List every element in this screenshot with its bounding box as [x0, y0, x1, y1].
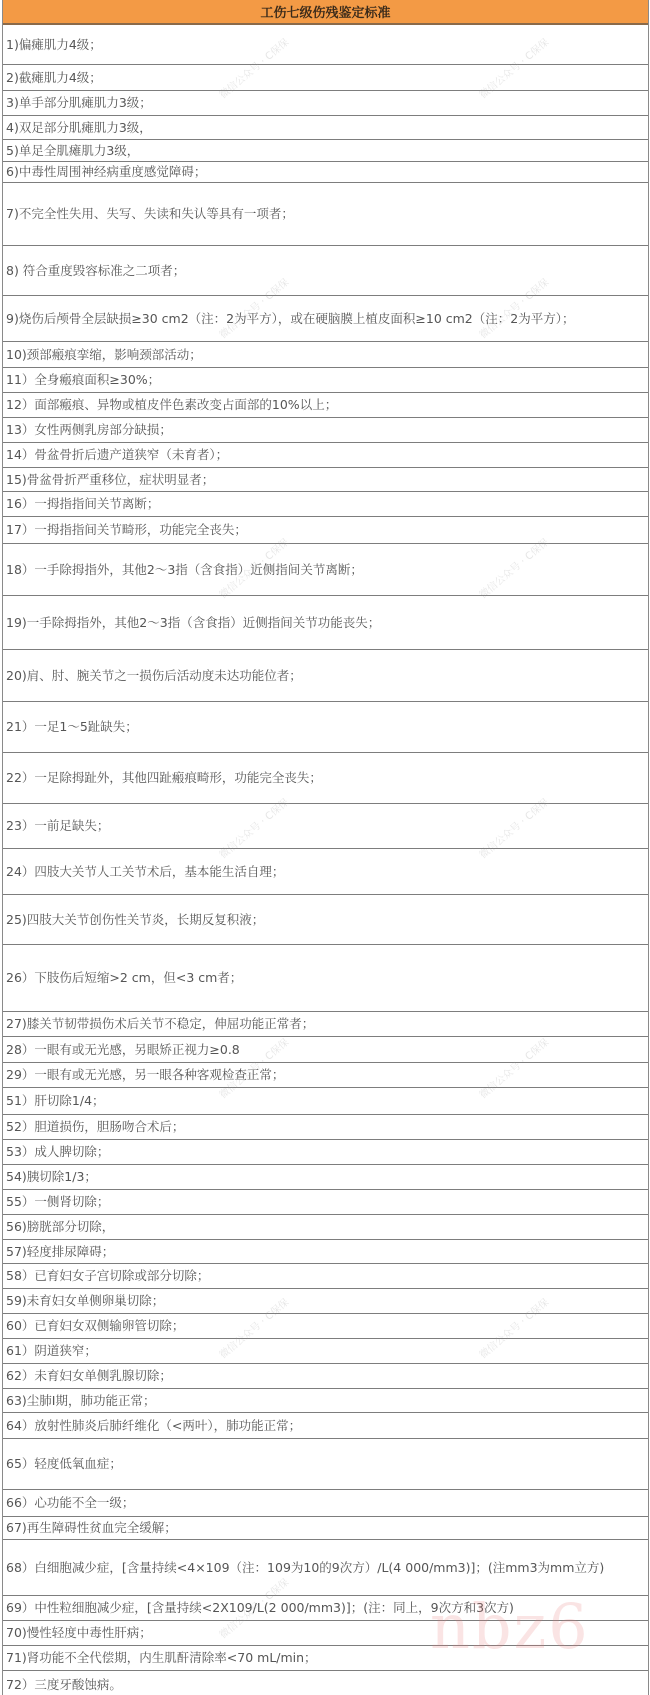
row-text: 9)烧伤后颅骨全层缺损≥30 cm2（注：2为平方），或在硬脑膜上植皮面积≥10… — [6, 309, 574, 329]
table-row: 28）一眼有或无光感，另眼矫正视力≥0.8 — [3, 1037, 648, 1063]
row-text: 11）全身瘢痕面积≥30%； — [6, 370, 160, 390]
table-row: 9)烧伤后颅骨全层缺损≥30 cm2（注：2为平方），或在硬脑膜上植皮面积≥10… — [3, 296, 648, 342]
table-row: 51）肝切除1/4； — [3, 1088, 648, 1115]
row-text: 12）面部瘢痕、异物或植皮伴色素改变占面部的10%以上； — [6, 395, 337, 415]
table-row: 15)骨盆骨折严重移位，症状明显者； — [3, 468, 648, 492]
row-text: 10)颈部瘢痕挛缩，影响颈部活动； — [6, 345, 202, 365]
table-row: 27)膝关节韧带损伤术后关节不稳定，伸屈功能正常者； — [3, 1012, 648, 1037]
table-row: 52）胆道损伤，胆肠吻合术后； — [3, 1115, 648, 1140]
row-text: 18）一手除拇指外，其他2～3指（含食指）近侧指间关节离断； — [6, 560, 363, 580]
row-text: 51）肝切除1/4； — [6, 1091, 105, 1111]
row-text: 59)未育妇女单侧卵巢切除； — [6, 1291, 164, 1311]
table-row: 53）成人脾切除； — [3, 1140, 648, 1165]
row-text: 53）成人脾切除； — [6, 1142, 109, 1162]
row-text: 17）一拇指指间关节畸形，功能完全丧失； — [6, 520, 247, 540]
table-row: 62）未育妇女单侧乳腺切除； — [3, 1364, 648, 1389]
row-text: 7)不完全性失用、失写、失读和失认等具有一项者； — [6, 204, 294, 224]
disability-standard-table: 工伤七级伤残鉴定标准 1)偏瘫肌力4级；2)截瘫肌力4级；3)单手部分肌瘫肌力3… — [2, 0, 649, 1695]
table-row: 54)胰切除1/3； — [3, 1165, 648, 1190]
table-row: 19)一手除拇指外，其他2～3指（含食指）近侧指间关节功能丧失； — [3, 596, 648, 650]
row-text: 65）轻度低氧血症； — [6, 1454, 122, 1474]
table-row: 58）已育妇女子宫切除或部分切除； — [3, 1264, 648, 1289]
table-row: 25)四肢大关节创伤性关节炎，长期反复积液； — [3, 895, 648, 945]
row-text: 13）女性两侧乳房部分缺损； — [6, 420, 172, 440]
table-row: 63)尘肺Ⅰ期，肺功能正常； — [3, 1389, 648, 1413]
table-row: 4)双足部分肌瘫肌力3级， — [3, 116, 648, 140]
row-text: 2)截瘫肌力4级； — [6, 68, 102, 88]
table-row: 8) 符合重度毁容标准之二项者； — [3, 246, 648, 296]
table-row: 67)再生障碍性贫血完全缓解； — [3, 1517, 648, 1540]
table-row: 2)截瘫肌力4级； — [3, 65, 648, 91]
row-text: 61）阴道狭窄； — [6, 1341, 97, 1361]
row-text: 20)肩、肘、腕关节之一损伤后活动度未达功能位者； — [6, 666, 302, 686]
table-row: 69）中性粒细胞减少症，[含量持续<2X109/L(2 000/mm3)]；(注… — [3, 1596, 648, 1621]
table-row: 61）阴道狭窄； — [3, 1339, 648, 1364]
row-text: 52）胆道损伤，胆肠吻合术后； — [6, 1117, 184, 1137]
row-text: 23）一前足缺失； — [6, 816, 109, 836]
table-row: 66）心功能不全一级； — [3, 1490, 648, 1517]
row-text: 54)胰切除1/3； — [6, 1167, 97, 1187]
row-text: 8) 符合重度毁容标准之二项者； — [6, 261, 185, 281]
table-row: 29）一眼有或无光感，另一眼各种客观检查正常； — [3, 1063, 648, 1088]
row-text: 16）一拇指指间关节离断； — [6, 494, 159, 514]
row-text: 71)肾功能不全代偿期，内生肌酐清除率<70 mL/min； — [6, 1648, 317, 1668]
row-text: 14）骨盆骨折后遗产道狭窄（未育者）； — [6, 445, 228, 465]
row-text: 67)再生障碍性贫血完全缓解； — [6, 1518, 177, 1538]
table-row: 5)单足全肌瘫肌力3级， — [3, 140, 648, 162]
table-row: 55）一侧肾切除； — [3, 1190, 648, 1215]
table-row: 56)膀胱部分切除， — [3, 1215, 648, 1240]
table-row: 14）骨盆骨折后遗产道狭窄（未育者）； — [3, 443, 648, 468]
row-text: 3)单手部分肌瘫肌力3级； — [6, 93, 152, 113]
row-text: 26）下肢伤后短缩>2 cm，但<3 cm者； — [6, 968, 242, 988]
row-text: 5)单足全肌瘫肌力3级， — [6, 141, 139, 161]
table-row: 7)不完全性失用、失写、失读和失认等具有一项者； — [3, 183, 648, 246]
table-row: 64）放射性肺炎后肺纤维化（<两叶），肺功能正常； — [3, 1413, 648, 1439]
row-text: 21）一足1～5趾缺失； — [6, 717, 138, 737]
table-row: 71)肾功能不全代偿期，内生肌酐清除率<70 mL/min； — [3, 1646, 648, 1671]
row-text: 15)骨盆骨折严重移位，症状明显者； — [6, 470, 214, 490]
table-title: 工伤七级伤残鉴定标准 — [260, 2, 390, 21]
table-row: 70)慢性轻度中毒性肝病； — [3, 1621, 648, 1646]
table-row: 1)偏瘫肌力4级； — [3, 25, 648, 65]
row-text: 25)四肢大关节创伤性关节炎，长期反复积液； — [6, 910, 264, 930]
row-text: 28）一眼有或无光感，另眼矫正视力≥0.8 — [6, 1040, 240, 1060]
row-text: 24）四肢大关节人工关节术后，基本能生活自理； — [6, 862, 284, 882]
row-text: 62）未育妇女单侧乳腺切除； — [6, 1366, 172, 1386]
table-row: 24）四肢大关节人工关节术后，基本能生活自理； — [3, 849, 648, 895]
row-text: 69）中性粒细胞减少症，[含量持续<2X109/L(2 000/mm3)]；(注… — [6, 1598, 514, 1618]
table-row: 18）一手除拇指外，其他2～3指（含食指）近侧指间关节离断； — [3, 544, 648, 596]
table-row: 57)轻度排尿障碍； — [3, 1240, 648, 1264]
table-row: 6)中毒性周围神经病重度感觉障碍； — [3, 162, 648, 183]
row-text: 63)尘肺Ⅰ期，肺功能正常； — [6, 1391, 155, 1411]
row-text: 56)膀胱部分切除， — [6, 1217, 114, 1237]
row-text: 68）白细胞减少症，[含量持续<4×109（注：109为10的9次方）/L(4 … — [6, 1558, 604, 1578]
row-text: 6)中毒性周围神经病重度感觉障碍； — [6, 162, 206, 182]
table-body: 1)偏瘫肌力4级；2)截瘫肌力4级；3)单手部分肌瘫肌力3级；4)双足部分肌瘫肌… — [3, 25, 648, 1695]
table-row: 72）三度牙酸蚀病。 — [3, 1671, 648, 1695]
table-row: 23）一前足缺失； — [3, 804, 648, 849]
row-text: 29）一眼有或无光感，另一眼各种客观检查正常； — [6, 1065, 284, 1085]
row-text: 58）已育妇女子宫切除或部分切除； — [6, 1266, 209, 1286]
row-text: 55）一侧肾切除； — [6, 1192, 109, 1212]
row-text: 27)膝关节韧带损伤术后关节不稳定，伸屈功能正常者； — [6, 1014, 314, 1034]
row-text: 70)慢性轻度中毒性肝病； — [6, 1623, 152, 1643]
table-row: 65）轻度低氧血症； — [3, 1439, 648, 1490]
row-text: 19)一手除拇指外，其他2～3指（含食指）近侧指间关节功能丧失； — [6, 613, 380, 633]
row-text: 64）放射性肺炎后肺纤维化（<两叶），肺功能正常； — [6, 1416, 301, 1436]
table-row: 21）一足1～5趾缺失； — [3, 702, 648, 753]
table-row: 26）下肢伤后短缩>2 cm，但<3 cm者； — [3, 945, 648, 1012]
row-text: 22）一足除拇趾外，其他四趾瘢痕畸形，功能完全丧失； — [6, 768, 322, 788]
table-row: 59)未育妇女单侧卵巢切除； — [3, 1289, 648, 1314]
table-row: 68）白细胞减少症，[含量持续<4×109（注：109为10的9次方）/L(4 … — [3, 1540, 648, 1596]
table-row: 10)颈部瘢痕挛缩，影响颈部活动； — [3, 342, 648, 368]
table-row: 17）一拇指指间关节畸形，功能完全丧失； — [3, 517, 648, 544]
row-text: 66）心功能不全一级； — [6, 1493, 134, 1513]
table-row: 20)肩、肘、腕关节之一损伤后活动度未达功能位者； — [3, 650, 648, 702]
row-text: 1)偏瘫肌力4级； — [6, 35, 102, 55]
table-row: 13）女性两侧乳房部分缺损； — [3, 418, 648, 443]
table-header: 工伤七级伤残鉴定标准 — [3, 0, 648, 25]
table-row: 11）全身瘢痕面积≥30%； — [3, 368, 648, 393]
table-row: 12）面部瘢痕、异物或植皮伴色素改变占面部的10%以上； — [3, 393, 648, 418]
table-row: 16）一拇指指间关节离断； — [3, 492, 648, 517]
table-row: 60）已育妇女双侧输卵管切除； — [3, 1314, 648, 1339]
table-row: 22）一足除拇趾外，其他四趾瘢痕畸形，功能完全丧失； — [3, 753, 648, 804]
row-text: 57)轻度排尿障碍； — [6, 1242, 114, 1262]
row-text: 60）已育妇女双侧输卵管切除； — [6, 1316, 184, 1336]
row-text: 72）三度牙酸蚀病。 — [6, 1675, 122, 1695]
table-row: 3)单手部分肌瘫肌力3级； — [3, 91, 648, 116]
row-text: 4)双足部分肌瘫肌力3级， — [6, 118, 152, 138]
